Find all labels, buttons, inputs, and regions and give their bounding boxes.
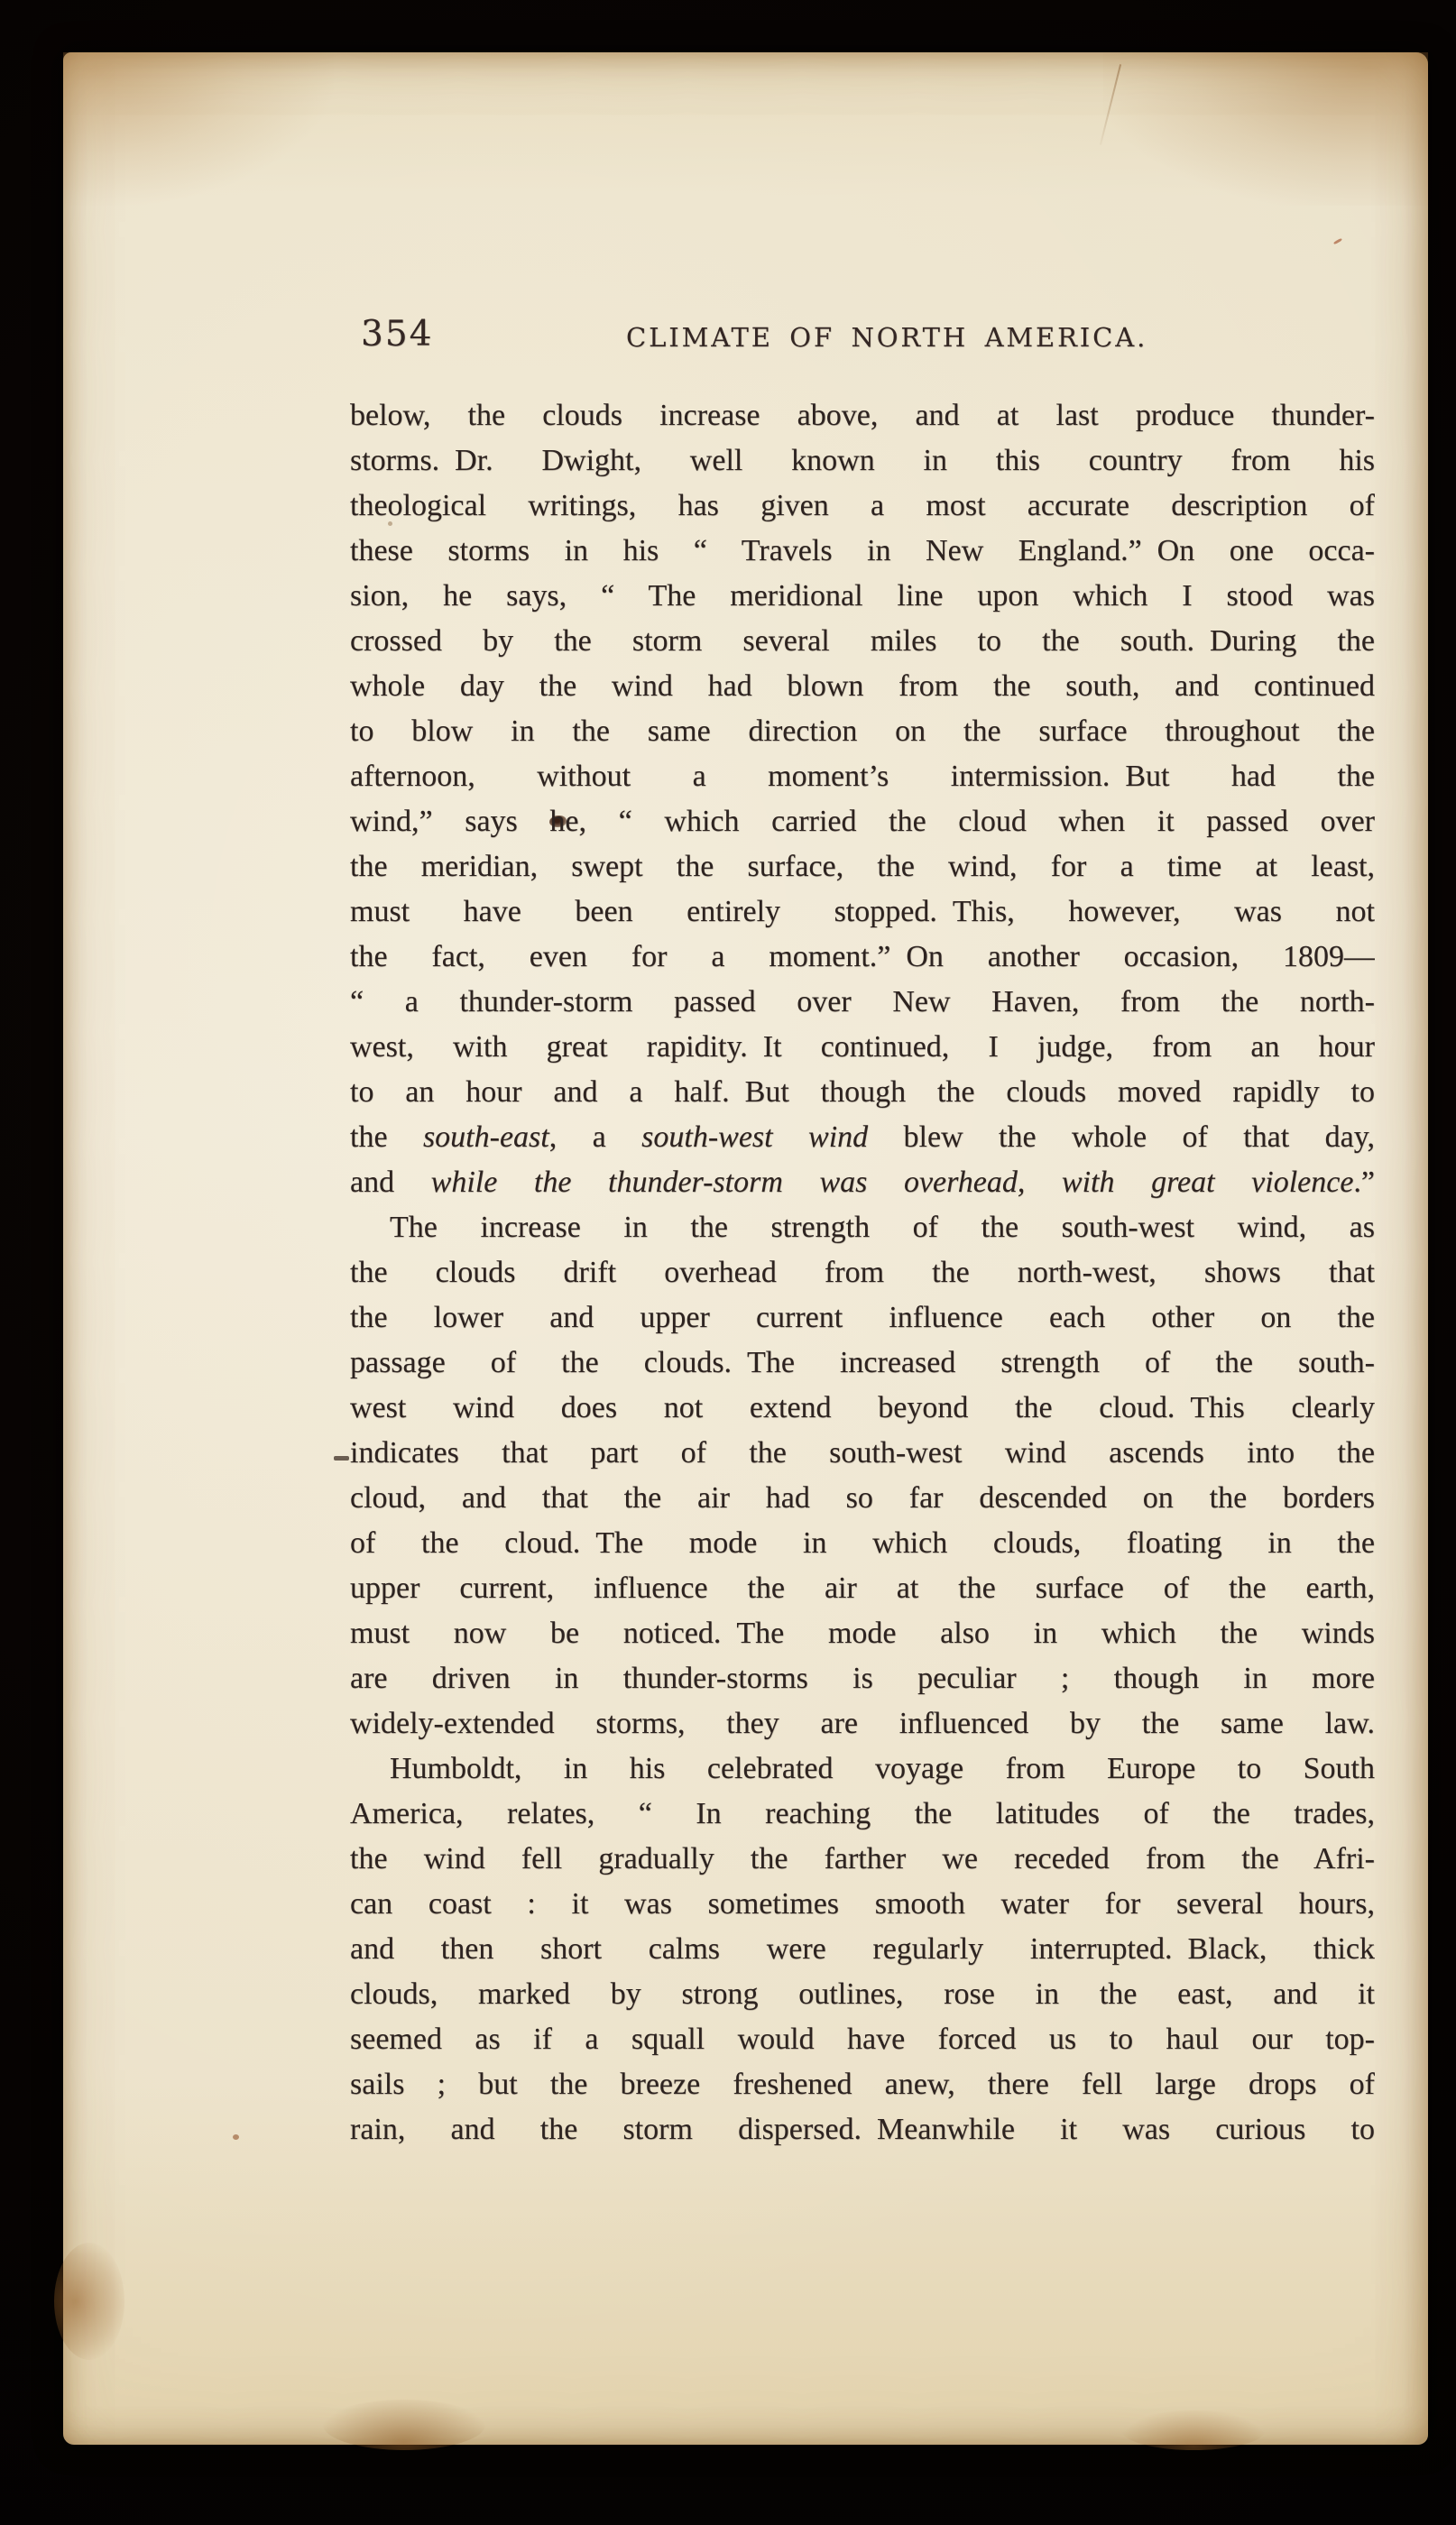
running-title: CLIMATE OF NORTH AMERICA. — [626, 320, 1147, 355]
text-line: crossed by the storm several miles to th… — [350, 619, 1375, 664]
text-segment: upper current, influence the air at the … — [350, 1571, 1375, 1605]
text-line: wind,” says he, “ which carried the clou… — [350, 799, 1375, 844]
text-line: must have been entirely stopped. This, h… — [350, 889, 1375, 935]
text-segment: west wind does not extend beyond the clo… — [350, 1391, 1375, 1424]
text-line: America, relates, “ In reaching the lati… — [350, 1792, 1375, 1837]
text-line: whole day the wind had blown from the so… — [350, 664, 1375, 709]
text-line: the south-east, a south-west wind blew t… — [350, 1115, 1375, 1160]
paper-speck — [233, 2134, 239, 2140]
text-line: Humboldt, in his celebrated voyage from … — [350, 1746, 1375, 1792]
text-line: and while the thunder-storm was overhead… — [350, 1160, 1375, 1205]
text-segment: sails ; but the breeze freshened anew, t… — [350, 2068, 1375, 2101]
text-segment: can coast : it was sometimes smooth wate… — [350, 1887, 1375, 1921]
text-segment: west, with great rapidity. It continued,… — [350, 1030, 1375, 1064]
text-line: indicates that part of the south-west wi… — [350, 1431, 1375, 1476]
text-segment: , a — [549, 1120, 641, 1154]
text-segment: must have been entirely stopped. This, h… — [350, 895, 1375, 928]
paragraph: The increase in the strength of the sout… — [350, 1205, 1375, 1746]
text-segment: sion, he says, “ The meridional line upo… — [350, 579, 1375, 613]
text-segment: the lower and upper current influence ea… — [350, 1301, 1375, 1334]
text-line: passage of the clouds. The increased str… — [350, 1341, 1375, 1386]
text-segment: the fact, even for a moment.” On another… — [350, 940, 1375, 973]
text-segment: below, the clouds increase above, and at… — [350, 399, 1375, 432]
text-segment: The increase in the strength of the sout… — [390, 1211, 1375, 1244]
foxing-stain-top-right — [1103, 52, 1428, 206]
text-line: seemed as if a squall would have forced … — [350, 2017, 1375, 2062]
paper-crease — [1100, 64, 1121, 145]
text-line: the fact, even for a moment.” On another… — [350, 935, 1375, 980]
text-segment: rain, and the storm dispersed. Meanwhile… — [350, 2113, 1375, 2146]
text-segment: cloud, and that the air had so far desce… — [350, 1481, 1375, 1515]
page-header: 354 CLIMATE OF NORTH AMERICA. — [63, 314, 1428, 359]
text-segment: America, relates, “ In reaching the lati… — [350, 1797, 1375, 1830]
text-line: must now be noticed. The mode also in wh… — [350, 1611, 1375, 1656]
text-line: these storms in his “ Travels in New Eng… — [350, 529, 1375, 574]
foxing-stain-bottom — [323, 2400, 485, 2450]
foxing-stain-bottom-right — [1121, 2410, 1266, 2450]
text-line: afternoon, without a moment’s intermissi… — [350, 754, 1375, 799]
text-segment: must now be noticed. The mode also in wh… — [350, 1617, 1375, 1650]
foxing-stain-left-edge — [54, 2243, 124, 2360]
text-line: the meridian, swept the surface, the win… — [350, 844, 1375, 889]
text-line: below, the clouds increase above, and at… — [350, 393, 1375, 438]
text-segment: the — [350, 1120, 423, 1154]
paper-speck — [1333, 238, 1342, 245]
text-line: rain, and the storm dispersed. Meanwhile… — [350, 2107, 1375, 2152]
text-block: below, the clouds increase above, and at… — [350, 393, 1375, 2152]
text-segment: and then short calms were regularly inte… — [350, 1932, 1375, 1966]
text-segment: widely-extended storms, they are influen… — [350, 1707, 1375, 1740]
text-segment: the wind fell gradually the farther we r… — [350, 1842, 1375, 1875]
text-segment: the clouds drift overhead from the north… — [350, 1256, 1375, 1289]
text-segment: clouds, marked by strong outlines, rose … — [350, 1977, 1375, 2011]
text-line: storms. Dr. Dwight, well known in this c… — [350, 438, 1375, 484]
text-segment: .” — [1353, 1166, 1375, 1199]
text-segment: Humboldt, in his celebrated voyage from … — [390, 1752, 1375, 1785]
text-line: sails ; but the breeze freshened anew, t… — [350, 2062, 1375, 2107]
text-line: widely-extended storms, they are influen… — [350, 1701, 1375, 1746]
text-segment: and — [350, 1166, 431, 1199]
text-segment: theological writings, has given a most a… — [350, 489, 1375, 522]
text-line: west, with great rapidity. It continued,… — [350, 1025, 1375, 1070]
italic-text: while the thunder-storm was overhead, wi… — [431, 1166, 1354, 1199]
text-segment: whole day the wind had blown from the so… — [350, 669, 1375, 703]
paragraph: Humboldt, in his celebrated voyage from … — [350, 1746, 1375, 2152]
text-segment: indicates that part of the south-west wi… — [350, 1436, 1375, 1470]
text-line: and then short calms were regularly inte… — [350, 1927, 1375, 1972]
italic-text: south-east — [423, 1120, 549, 1154]
text-line: upper current, influence the air at the … — [350, 1566, 1375, 1611]
text-line: the clouds drift overhead from the north… — [350, 1250, 1375, 1295]
scan-background: { "page": { "number": "354", "running_ti… — [0, 0, 1456, 2525]
book-page: 354 CLIMATE OF NORTH AMERICA. below, the… — [63, 52, 1428, 2445]
foxing-stain-top-left — [63, 52, 334, 206]
margin-mark — [334, 1456, 349, 1461]
text-segment: blew the whole of that day, — [868, 1120, 1375, 1154]
text-segment: “ a thunder-storm passed over New Haven,… — [350, 985, 1375, 1018]
paragraph: below, the clouds increase above, and at… — [350, 393, 1375, 1205]
text-segment: afternoon, without a moment’s intermissi… — [350, 760, 1375, 793]
text-segment: passage of the clouds. The increased str… — [350, 1346, 1375, 1379]
text-line: the wind fell gradually the farther we r… — [350, 1837, 1375, 1882]
text-segment: to an hour and a half. But though the cl… — [350, 1075, 1375, 1109]
text-line: of the cloud. The mode in which clouds, … — [350, 1521, 1375, 1566]
text-segment: seemed as if a squall would have forced … — [350, 2023, 1375, 2056]
text-line: sion, he says, “ The meridional line upo… — [350, 574, 1375, 619]
text-segment: the meridian, swept the surface, the win… — [350, 850, 1375, 883]
text-segment: of the cloud. The mode in which clouds, … — [350, 1526, 1375, 1560]
text-segment: these storms in his “ Travels in New Eng… — [350, 534, 1375, 567]
text-line: “ a thunder-storm passed over New Haven,… — [350, 980, 1375, 1025]
text-segment: to blow in the same direction on the sur… — [350, 714, 1375, 748]
text-line: west wind does not extend beyond the clo… — [350, 1386, 1375, 1431]
text-line: cloud, and that the air had so far desce… — [350, 1476, 1375, 1521]
text-line: to an hour and a half. But though the cl… — [350, 1070, 1375, 1115]
page-number: 354 — [361, 314, 433, 355]
text-segment: are driven in thunder-storms is peculiar… — [350, 1662, 1375, 1695]
text-segment: wind,” says he, “ which carried the clou… — [350, 805, 1375, 838]
text-segment: storms. Dr. Dwight, well known in this c… — [350, 444, 1375, 477]
italic-text: south-west wind — [641, 1120, 868, 1154]
text-line: The increase in the strength of the sout… — [350, 1205, 1375, 1250]
text-segment: crossed by the storm several miles to th… — [350, 624, 1375, 658]
text-line: can coast : it was sometimes smooth wate… — [350, 1882, 1375, 1927]
text-line: clouds, marked by strong outlines, rose … — [350, 1972, 1375, 2017]
text-line: to blow in the same direction on the sur… — [350, 709, 1375, 754]
text-line: are driven in thunder-storms is peculiar… — [350, 1656, 1375, 1701]
text-line: the lower and upper current influence ea… — [350, 1295, 1375, 1341]
text-line: theological writings, has given a most a… — [350, 484, 1375, 529]
